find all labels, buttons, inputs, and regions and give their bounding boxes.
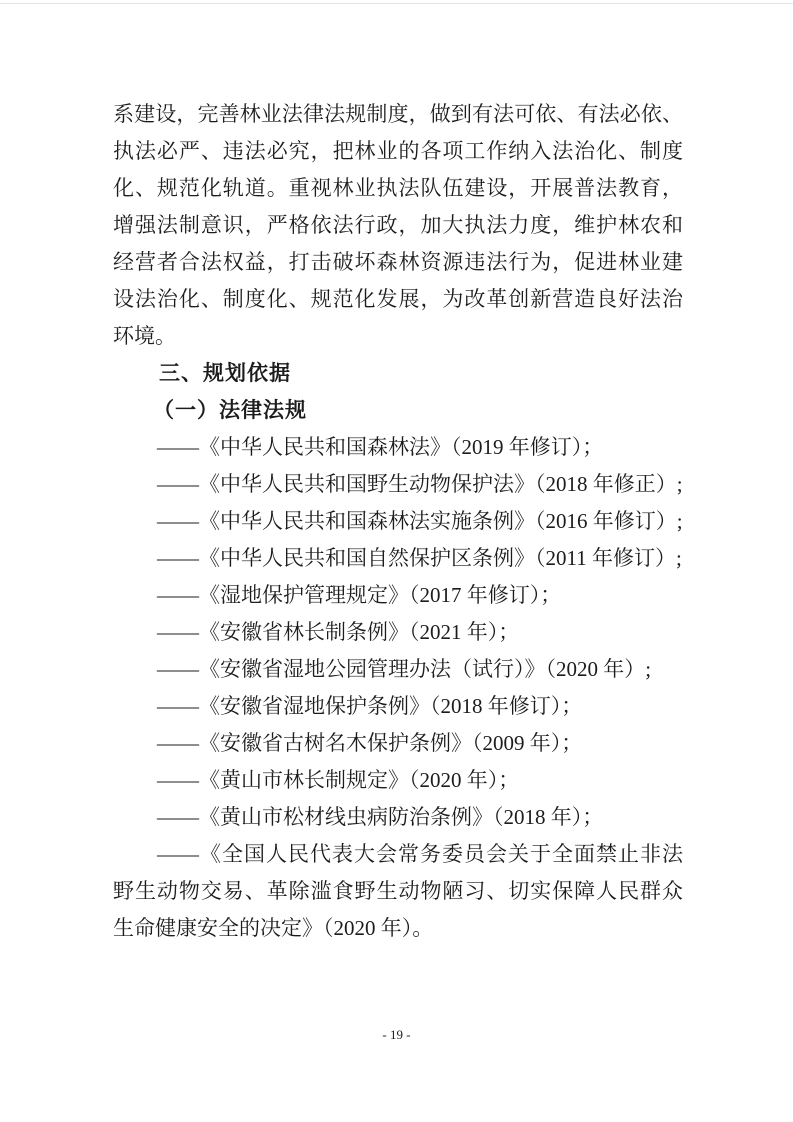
page-number: - 19 - [382,1027,410,1042]
paragraph-line: 环境。 [113,318,683,355]
body-paragraph: 系建设，完善林业法律法规制度，做到有法可依、有法必依、 执法必严、违法必究，把林… [113,96,683,355]
legal-reference-item: ——《中华人民共和国森林法实施条例》（2016 年修订）; [113,503,683,540]
legal-reference-item: ——《安徽省林长制条例》（2021 年）； [113,614,683,651]
paragraph-line: 经营者合法权益，打击破坏森林资源违法行为，促进林业建 [113,244,683,281]
legal-reference-item: ——《安徽省湿地保护条例》（2018 年修订）； [113,688,683,725]
legal-reference-line: ——《全国人民代表大会常务委员会关于全面禁止非法 [113,836,683,873]
subsection-heading: （一）法律法规 [113,392,683,429]
legal-reference-item: ——《中华人民共和国自然保护区条例》（2011 年修订）; [113,540,683,577]
page-top-edge [0,3,793,4]
legal-reference-item: ——《黄山市林长制规定》（2020 年）； [113,762,683,799]
paragraph-line: 增强法制意识，严格依法行政，加大执法力度，维护林农和 [113,207,683,244]
paragraph-line: 化、规范化轨道。重视林业执法队伍建设，开展普法教育， [113,170,683,207]
paragraph-line: 设法治化、制度化、规范化发展，为改革创新营造良好法治 [113,281,683,318]
legal-reference-line: 野生动物交易、革除滥食野生动物陋习、切实保障人民群众 [113,873,683,910]
legal-reference-list: ——《中华人民共和国森林法》（2019 年修订）； ——《中华人民共和国野生动物… [113,429,683,836]
page-footer: - 19 - [0,1026,793,1044]
legal-reference-item: ——《中华人民共和国森林法》（2019 年修订）； [113,429,683,466]
paragraph-line: 执法必严、违法必究，把林业的各项工作纳入法治化、制度 [113,133,683,170]
legal-reference-item-multiline: ——《全国人民代表大会常务委员会关于全面禁止非法 野生动物交易、革除滥食野生动物… [113,836,683,947]
legal-reference-item: ——《黄山市松材线虫病防治条例》（2018 年）； [113,799,683,836]
section-heading: 三、规划依据 [113,355,683,392]
page-body: 系建设，完善林业法律法规制度，做到有法可依、有法必依、 执法必严、违法必究，把林… [113,96,683,947]
legal-reference-item: ——《中华人民共和国野生动物保护法》（2018 年修正）; [113,466,683,503]
legal-reference-item: ——《湿地保护管理规定》（2017 年修订）； [113,577,683,614]
legal-reference-line: 生命健康安全的决定》（2020 年）。 [113,910,683,947]
paragraph-line: 系建设，完善林业法律法规制度，做到有法可依、有法必依、 [113,96,683,133]
legal-reference-item: ——《安徽省湿地公园管理办法（试行）》（2020 年）; [113,651,683,688]
legal-reference-item: ——《安徽省古树名木保护条例》（2009 年）； [113,725,683,762]
